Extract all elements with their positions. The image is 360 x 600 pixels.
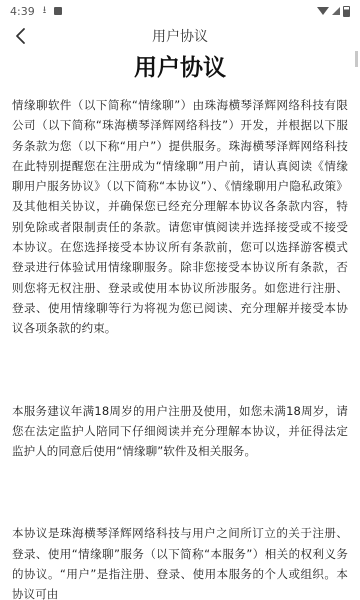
app-header: 用户协议 [0,22,360,50]
signal-icon [332,7,340,15]
battery-icon [343,6,350,17]
status-right [317,6,350,17]
page-title: 用户协议 [12,50,348,90]
agreement-paragraph-age: 本服务建议年满18周岁的用户注册及使用，如您未满18周岁，请您在法定监护人陪同下… [12,401,348,462]
agreement-content[interactable]: 用户协议 情缘聊软件（以下简称“情缘聊”）由珠海横琴泽辉网络科技有限公司（以下简… [0,50,360,600]
header-title: 用户协议 [0,26,360,46]
a-notification-icon [54,7,62,15]
wifi-icon [317,7,329,15]
agreement-paragraph-definition: 本协议是珠海横琴泽辉网络科技与用户之间所订立的关于注册、登录、使用“情缘聊”服务… [12,523,348,600]
agreement-paragraph-intro: 情缘聊软件（以下简称“情缘聊”）由珠海横琴泽辉网络科技有限公司（以下简称“珠海横… [12,95,348,339]
status-time: 4:39 [10,5,35,18]
status-left: 4:39 ⭳ [10,3,62,20]
download-icon: ⭳ [43,3,47,20]
status-bar: 4:39 ⭳ [0,0,360,22]
